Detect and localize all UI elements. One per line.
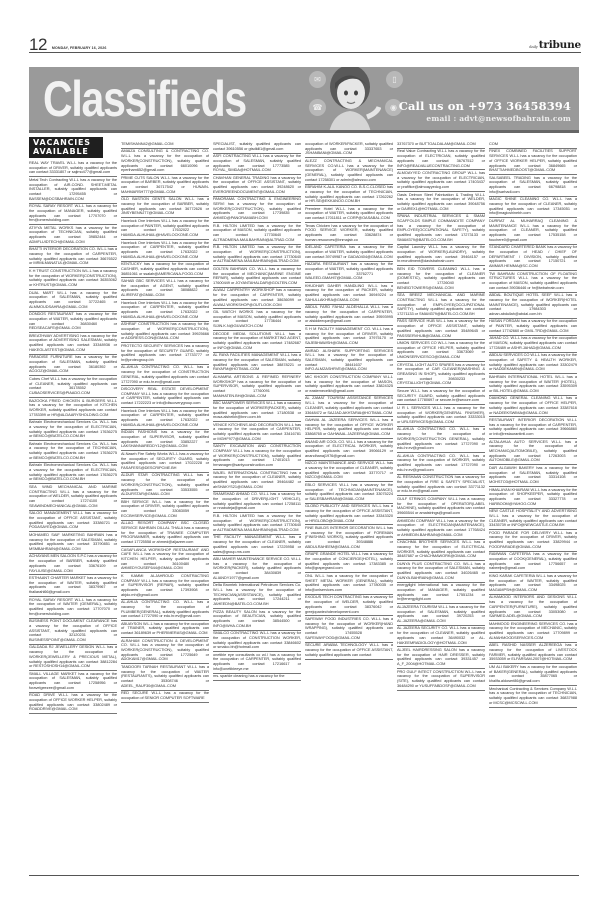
classified-ad: NEW CASTLE HOSPITALITY AND ADVERTISING W… (489, 509, 577, 531)
logo-text: tribune (539, 39, 581, 51)
classified-ad: ONL W.L.L has a vacancy for the occupati… (305, 573, 393, 595)
classified-ad: AMRAD ALSHARK SUPPORTING SERVICES W.L.L … (305, 348, 393, 374)
classified-ad: SALOO MANAGEMENT W.L.L has a vacancy for… (29, 511, 117, 533)
classified-ad: PROTECTO SECURITY SERVICES has a vacancy… (121, 343, 209, 365)
classified-ad: BBH SERVICE W.L.L has a vacancy for the … (121, 499, 209, 521)
classified-ad: KENTUCKY has a vacancy for the occupatio… (121, 262, 209, 279)
classified-ad: DECODE MEDIA SOLUTIONS W.L.L has a vacan… (213, 331, 301, 353)
classified-ad: BREATHWAY ADVERTISING has a vacancy for … (29, 333, 117, 355)
classified-ad: INDIAN FASHIONS has a vacancy for the oc… (121, 430, 209, 452)
classified-ad: BBC MANPOWER SERVICES W.L.L has a vacanc… (213, 401, 301, 423)
classified-ad: DISCOVERY REAL ESTATE DEVELOPMENT COMPAN… (121, 386, 209, 408)
classified-ad: TANDOORI TARNAH RESTAURANT W.L.L has a v… (121, 664, 209, 690)
classified-ad: ALHAMRA ARTISONS & REFINED REFINERY WORK… (213, 374, 301, 400)
classified-ad: ESTHAANT CHARTER MARKET has a vacancy fo… (29, 575, 117, 597)
issue-date: MONDAY, FEBRUARY 16, 2026 (52, 46, 107, 50)
classified-ad: Cubes Chef W.L.L has a vacancy for the o… (29, 376, 117, 398)
classified-ad: ALLAG RESORT COMPANY BSC CLOSED SERVICE … (121, 521, 209, 547)
classified-ad: ROYAL SARAY RESORT W.L.L has a vacancy f… (29, 597, 117, 619)
classified-ad: AL-AHLIA CONTRACTING CO. W.L.L has a vac… (121, 365, 209, 387)
classified-ad: ROAD DRIVE W.L.L has a vacancy for the o… (29, 693, 117, 715)
classified-ad: SAHAB GBC SERVICES W.L.L has a vacancy f… (121, 278, 209, 300)
classified-ad: BHATTI INTERIOR DECORATION CO. W.L.L has… (29, 247, 117, 269)
classified-ad: MOHAMED SAIF MARKETING BAHRAIN has a vac… (29, 532, 117, 554)
label-line-2: AVAILABLE (33, 148, 99, 157)
classified-ad: MAGIC SHINE CLEANING CO. W.L.L has a vac… (489, 197, 577, 219)
classified-ad: HIMALAYAN KHAIRANI W.L.L has a vacancy f… (489, 487, 577, 509)
classified-ad: energylight international has a vacancy … (397, 583, 485, 605)
classified-ad: Mechanical Contracting & Services Compan… (489, 686, 577, 708)
newspaper-logo[interactable]: dailytribune (529, 39, 581, 51)
classified-ad: BEN EID TOWERS CLEANING W.L.L has a vaca… (397, 266, 485, 292)
classified-ad: EXODUS TECH CONTRACTING has a vacancy fo… (305, 595, 393, 617)
classified-ad: K KAMMI ALJAHROUD CONTRACTING COMPANY W.… (121, 573, 209, 599)
advert-email[interactable]: email : advt@newsofbahrain.com (399, 114, 571, 123)
classified-ad: R.B. HILTON LIMITED has a vacancy for th… (213, 245, 301, 267)
mobile-icon: ▯ (386, 71, 403, 88)
column-5: 33767370 or BUTTOALDALAM@GMAIL.COMReal V… (397, 142, 485, 875)
classified-ad: ANAND AIR COOL CO. W.L.L has a vacancy f… (305, 439, 393, 461)
classified-ad: Bahrain Electromechanical Services Co. W… (29, 463, 117, 485)
classified-ad: Metal Tech Contracting W.L.L has a vacan… (29, 177, 117, 203)
classified-ad: STANDARD CHARTERED BANK has a vacancy fo… (489, 245, 577, 271)
classified-ad: AL-AHLIA CONTRACTING CO. W.L.L has a vac… (397, 453, 485, 475)
classified-ad: ALJAZEERA TOURISM W.L.L has a vacancy fo… (397, 604, 485, 626)
classified-ad: Delta Bromtek International Petroleum Se… (213, 583, 301, 609)
classified-ad: BAHRAIN INTERNATIONAL HOTEL W.L.L has a … (489, 374, 577, 396)
column-1: REAL WAY TRAVEL W.L.L has a vacancy for … (29, 161, 117, 875)
classified-ad: Capital Laundry W.L.L has a vacancy for … (397, 245, 485, 267)
call-number[interactable]: Call us on +973 36458394 (399, 99, 571, 113)
classified-ad: AL JAZEERA SECURITY CO. W.L.L has a vaca… (397, 626, 485, 648)
classified-ad: GAHWA AL JAZEERA SERVICES W.L.L has a va… (305, 417, 393, 439)
classified-ad: S H M FACILITY MANAGEMENT CO. W.L.L has … (305, 326, 393, 348)
classified-ad: RAMWAN CAFETERIA has a vacancy for the o… (489, 552, 577, 574)
classified-ad: ROYAL SARAY RESORT W.L.L has a vacancy f… (29, 204, 117, 226)
classified-ad: THE FACILITY MANAGEMENT W.L.L has a vaca… (213, 535, 301, 557)
classified-ad: GOLTEN BAHRAIN CO. W.L.L has a vacancy f… (213, 266, 301, 288)
classified-ad: Premiere Hotel W.L.L has a vacancy for t… (305, 206, 393, 223)
classified-ad: DIAMOND GENERAL CLEANING W.L.L has a vac… (489, 396, 577, 418)
classified-ad: GULF STRINGS COMPANY W.L.L has a vacancy… (397, 496, 485, 518)
classified-ad: SALSABEEL TRADING has a vacancy for the … (489, 175, 577, 197)
classified-ad: DONDOS RESTAURANT has a vacancy for the … (29, 312, 117, 334)
classified-ad: FOOD PARADE FOR DELIVERY W.L.L has a vac… (489, 530, 577, 552)
classified-ad: CHAVHAN GENERAL TRADING has a vacancy fo… (213, 175, 301, 197)
classified-ad: ABDUL FARD FAHAJ ALDEHALLA W.L.L has a v… (305, 305, 393, 327)
classified-ad: SMALL VILLAGE MARKET has a vacancy for t… (29, 671, 117, 693)
column-3: SPECIALIST, suitably qualified applicant… (213, 142, 301, 875)
classified-ad: GLOBO PUBLICITY AND SERVICES W.L.L has a… (305, 504, 393, 526)
classified-ad: MIC KHOOR CONSTRUCTION COMPANY W.L.L has… (305, 374, 393, 396)
contact-info: Call us on +973 36458394 email : advt@ne… (399, 99, 571, 123)
classified-ad: HAZARA RESTAURANT has a vacancy for the … (305, 262, 393, 284)
classified-ad: Havelock One Interiors W.L.L has a vacan… (121, 218, 209, 240)
classified-ad: AL ZAMAT TOURISM ASSISTANCE SERVICES W.L… (305, 396, 393, 418)
classified-ad: Bahrain Electromechanical Services Co. W… (29, 420, 117, 442)
classified-ad: EBLO SERVICES W.L.L has a vacancy for th… (305, 482, 393, 504)
classified-ad: AHMEDIN COMPANY W.L.L has a vacancy for … (397, 518, 485, 540)
classified-ad: PASS SERVICE HUB W.L.L has a vacancy for… (397, 319, 485, 341)
classified-ad: FINE BUILDS INTERIOR DECORATION W.L.L ha… (305, 525, 393, 551)
logo-prefix: daily (529, 44, 538, 49)
classified-ad: Secure W.L.L has a vacancy for the occup… (397, 388, 485, 405)
classified-ad: UM ALI BAKERY has a vacancy for the occu… (489, 664, 577, 686)
classified-ad: Havelock One Interiors W.L.L has a vacan… (121, 300, 209, 322)
classified-ad: SMALCO CONTRACTING W.L.L has a vacancy f… (213, 631, 301, 653)
classified-ad: ALJEEL HAIRDRESSING SALON has a vacancy … (397, 647, 485, 669)
classified-ad: K H TRUST CONSTRUCTION W.L.L has a vacan… (29, 268, 117, 290)
classified-ad: GIL WATCH WORKS has a vacancy for the oc… (213, 309, 301, 331)
classified-ad: AL RESHAAN CONSTRUCTION has a vacancy fo… (397, 475, 485, 497)
classified-ad: SEA BREEZ MECHANICAL AND MARINE CONTRACT… (397, 293, 485, 319)
classified-ad: AL-AHLIA CONTRACTING CO. W.L.L has a vac… (397, 427, 485, 453)
classified-ad: ALDUR STAR CONTRACTING W.L.L has a vacan… (121, 473, 209, 499)
classified-ad: CHACHMA BROTHER SERVICES W.L.L has a vac… (397, 540, 485, 562)
classified-ad: ABEL RASHID NASSER ALZEREEGA has a vacan… (489, 643, 577, 665)
classified-ad: CRYSTAL LIGHT AUTO SPARES has a vacancy … (397, 362, 485, 388)
classified-ad: RESTAURANT INTERIOR DECORATION W.L.L has… (489, 417, 577, 439)
classified-ad: ASHRAF CONSTRUCTION has a vacancy for th… (121, 322, 209, 344)
page-bottom-rule (29, 875, 579, 876)
classified-ad: ALWAJ CARPENTRY WORKSHOP has a vacancy f… (213, 288, 301, 310)
classified-ad: ABDAL BOUTIQUE HOTEL SEEF W.L.L has a va… (489, 293, 577, 319)
classified-ad: WAJEL INTERNATIONAL CONTRACTING has a va… (213, 470, 301, 492)
classified-ad: KHUDHAR DAHER HANDLING W.L.L has a vacan… (305, 283, 393, 305)
classified-ad: JAHAD CO. W.L.L has a vacancy for the oc… (489, 336, 577, 353)
classified-ad: ALMOAYYED CONTRACTING GROUP W.L.L has a … (397, 170, 485, 192)
classified-ad: Havelock One Interiors W.L.L has a vacan… (121, 408, 209, 430)
classified-ad: UNION SERVICES CO W.L.L has a vacancy fo… (397, 340, 485, 362)
classified-ad: HASAN FORDAN has a vacancy for the occup… (489, 319, 577, 336)
classified-ad: PRO GULF INTECT CONSTRUCTION W.L.L has a… (397, 669, 485, 691)
classified-ad: AL RAYA FACILITIES MANAGEMENT W.L.L has … (213, 353, 301, 375)
classified-ad: REAL WAY TRAVEL W.L.L has a vacancy for … (29, 161, 117, 177)
classified-ad: ASFI CONTRACTING W.L.L has a vacancy for… (213, 154, 301, 176)
classified-ad: DAR ALGAWIH BAKERY has a vacancy for the… (489, 465, 577, 487)
classified-ad: ACHAYANS MEN SALOON S.P.C has a vacancy … (29, 554, 117, 576)
classified-ad: SPANA INDUSTRIAL SERVICES & SMAM SCAFFOL… (397, 214, 485, 245)
classified-ad: VENICE KITCHENS AND DECORATION W.L.L has… (213, 422, 301, 444)
classified-ad: PRIME CUTS SALON W.L.L has a vacancy for… (121, 175, 209, 197)
vacancies-available-label: VACANCIES AVAILABLE (29, 137, 103, 158)
classified-ad: EBRAHIM K-ALIL KANOO CO. B.S.C.CLOSED ha… (305, 185, 393, 207)
classified-ad: SECURE ARABIA TECHNOLOGY W.L.L has a vac… (305, 643, 393, 660)
classified-ad: Havelock One Interiors W.L.L has a vacan… (121, 240, 209, 262)
classified-ad: BAZOOKA FRIED CHICKEN & BURGERS W.L.L ha… (29, 398, 117, 420)
classified-ad: MAHMOOD ENGINEERING SERVICES CO. has a v… (489, 621, 577, 643)
column-6: COMFINEX COMBINED FACILITIES SUPPORT SER… (489, 142, 577, 875)
classified-ad: ABDUU SERVICES CO W.L.L has a vacancy fo… (489, 353, 577, 375)
classified-ad: DUNYA PLUS CONTRACTING CO. W.L.L has a v… (397, 561, 485, 583)
classified-ad: SEA WIND MECHANICAL AND MARINE CONTRACTI… (29, 484, 117, 510)
classified-ad: occupation of WORKER/PACKER, suitably qu… (305, 142, 393, 158)
classified-ad: CASAFLANCA WORKSHOP RESTAURANT AND CAFE … (121, 547, 209, 573)
page-number: 12 (29, 37, 47, 52)
classified-ad: SAFEWAY FOOD INDUSTRIES CO. W.L.L has a … (305, 616, 393, 642)
classified-ad: U R L SERVICES W.L.L has a vacancy for t… (397, 405, 485, 427)
classified-ad: GRAPE GRANDE HOTEL W.L.L has a vacancy f… (305, 552, 393, 574)
classified-ad: ALHAMOOD INTERIORS AND DESIGNS W.L.L has… (489, 595, 577, 621)
classified-ad: R.B. HILTON LIMITED has a vacancy for th… (213, 513, 301, 535)
classified-ad: AL-AHLIA CONTRACTING CO. W.L.L has a vac… (121, 600, 209, 622)
masthead-right: dailytribune (281, 34, 581, 53)
classified-ad: Oasis Delmon Steel Fabrication & Trading… (397, 192, 485, 214)
classified-columns: REAL WAY TRAVEL W.L.L has a vacancy for … (29, 133, 579, 875)
column-2: TEMISHANN42@GMAIL.COMAMAIZA CONSULTING &… (121, 142, 209, 875)
classified-ad: ABU MAHER MAINTENANCE SERVICE CO. W.L.L … (213, 556, 301, 582)
classified-ad: OLD BASTION GENTS SALON W.L.L has a vaca… (121, 197, 209, 219)
classified-ad: SHAMSHAD AHMAD CO. W.L.L has a vacancy f… (213, 492, 301, 514)
masthead-left: 12 MONDAY, FEBRUARY 16, 2026 (29, 34, 281, 53)
classified-ad: DURRAT AL MUHARRAQ CLEANING & MAINTENANC… (489, 218, 577, 244)
classified-ad: SPECIALIST, suitably qualified applicant… (213, 142, 301, 154)
classified-ad: FINEX COMBINED FACILITIES SUPPORT SERVIC… (489, 149, 577, 175)
classified-ad: NIZCO MAINTENANCE AND SERVICE W.L.L has … (305, 461, 393, 483)
classified-ad: PARADISE FURNITURE has a vacancy for the… (29, 355, 117, 377)
classified-ad: SANTY EXCAVATION AND CONSTRUCTION COMPAN… (213, 444, 301, 470)
classified-ad: Texas Chicken has a vacancy for the occu… (305, 223, 393, 245)
classified-ad: KING KARAK CAFETERIA W.L.L has a vacancy… (489, 573, 577, 595)
classifieds-banner: Classifieds ✉ ☎ ▯ ◉ Call us on +973 3645… (29, 67, 579, 130)
classified-ad: TW BAHRAIN CONSTRUCTION OF FLOATING STRU… (489, 271, 577, 293)
classified-ad: onetible eye consultants co w.l.l has a … (213, 652, 301, 674)
classified-ad: R.B. HILTON LIMITED has a vacancy for th… (213, 223, 301, 245)
classified-ad: BUSINESS POINT DOCUMENT CLEARANCE has a … (29, 619, 117, 645)
classified-ad: PIZZA BEAUTY SALON has a vacancy for the… (213, 609, 301, 631)
classified-ad: ABUAYSON W.L.L has a vacancy for the occ… (121, 621, 209, 638)
classified-ad: ALRAHAM CONSTRUCTION & DEVELOPMENT CO. W… (121, 638, 209, 664)
classified-ad: DUAL MART W.L.L has a vacancy for the oc… (29, 290, 117, 312)
classified-ad: GALDADA RJ JEWELLERY DESIGN W.L.L has a … (29, 645, 117, 671)
operator-avatar-icon (319, 67, 381, 130)
classified-ad: PANORAMA CONTRACTING & ENGINEERING SERVI… (213, 197, 301, 223)
classified-ad: ALTALAHUA AUTO SERVICES W.L.L has a vaca… (489, 439, 577, 465)
classified-ad: Al-Naseh Fire Safety Works W.L.L has a v… (121, 451, 209, 473)
classified-ad: ALEZZ CONTRACTING & MECHANICAL SERVICES … (305, 158, 393, 184)
classified-ad: ATIYYA METAL WORKS has a vacancy for the… (29, 225, 117, 247)
classified-ad: ms. sparkle cleaning has a vacancy for t… (213, 674, 301, 681)
classified-ad: Real Value Contracting W.L.L has a vacan… (397, 149, 485, 171)
classified-ad: Bahrain Electromechanical Services Co. W… (29, 441, 117, 463)
classified-ad: IDELAND CAFETERIA has a vacancy for the … (305, 245, 393, 262)
classified-ad: RED SECURE W.L.L has a vacancy for the o… (121, 691, 209, 703)
section-title: Classifieds (43, 71, 246, 127)
column-4: occupation of WORKER/PACKER, suitably qu… (305, 142, 393, 875)
classified-ad: AMAIZA CONSULTING & CONTRACTING CO. W.L.… (121, 149, 209, 175)
